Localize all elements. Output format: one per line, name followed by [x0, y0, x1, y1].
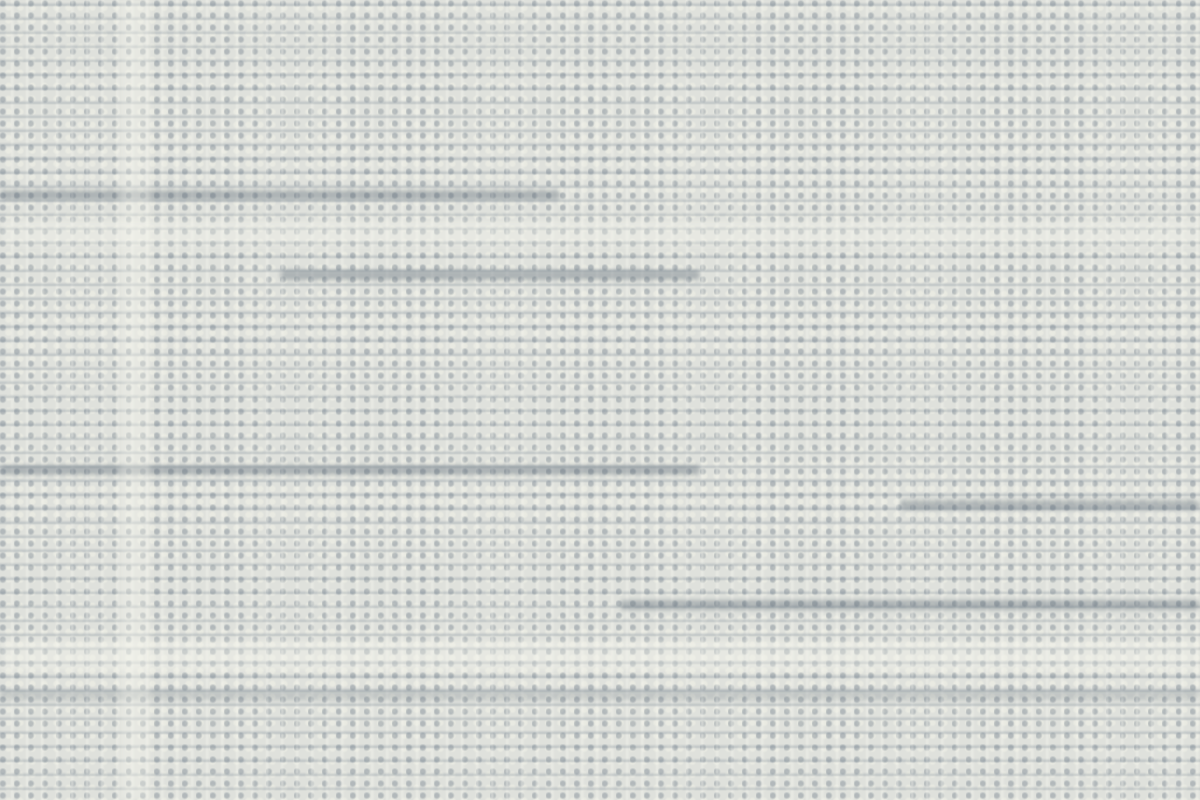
dark-streak [0, 690, 1200, 700]
dark-streak [900, 500, 1200, 510]
dark-streak [0, 465, 700, 475]
light-band [120, 0, 150, 800]
dark-streak [0, 190, 560, 200]
light-band [0, 640, 1200, 670]
dark-streak [280, 270, 700, 280]
dark-streak [620, 600, 1200, 610]
light-band [0, 220, 1200, 245]
rug-texture [0, 0, 1200, 800]
